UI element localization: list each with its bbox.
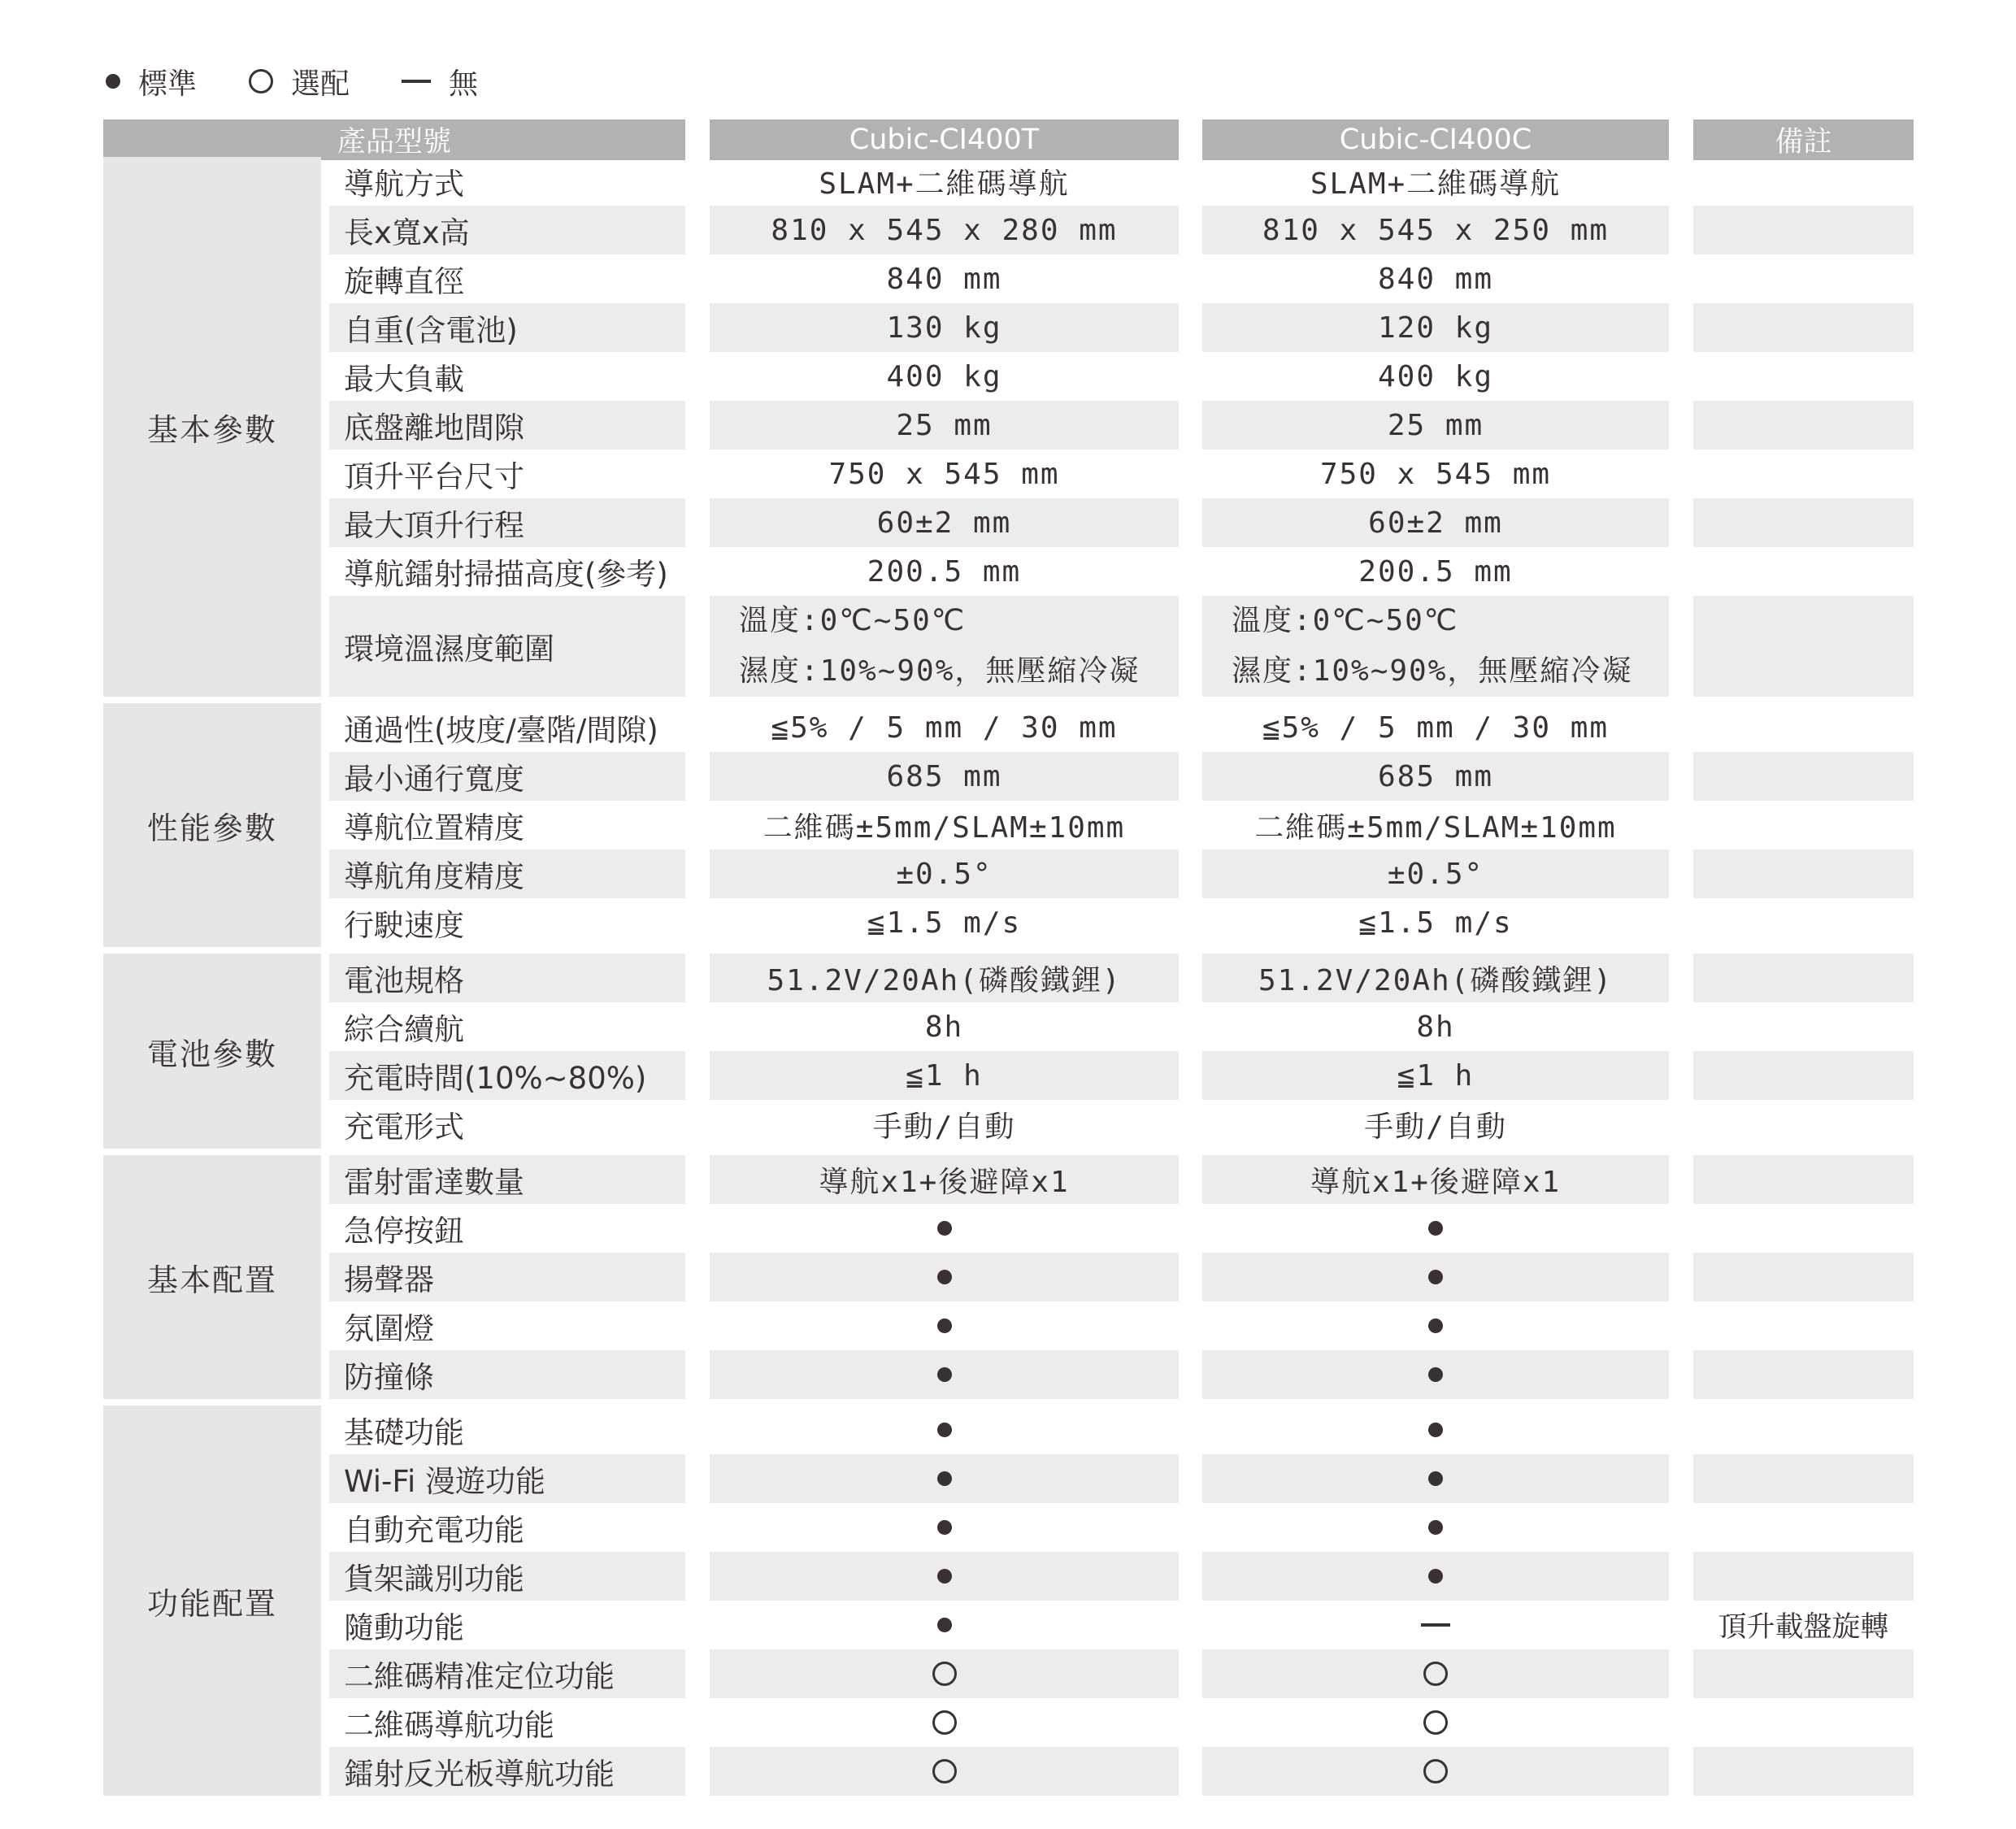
value-ci400c bbox=[1202, 1552, 1669, 1601]
row-remark bbox=[1693, 596, 1914, 697]
value-ci400c bbox=[1202, 1350, 1669, 1399]
section-group-label: 基本參數 bbox=[103, 157, 321, 697]
optional-circle-icon bbox=[932, 1662, 957, 1686]
row-remark bbox=[1693, 1301, 1914, 1350]
value-ci400c: 60±2 mm bbox=[1202, 498, 1669, 547]
row-remark bbox=[1693, 254, 1914, 303]
value-ci400t bbox=[710, 1405, 1179, 1454]
row-remark bbox=[1693, 1454, 1914, 1503]
table-row: 長x寬x高810 x 545 x 280 mm810 x 545 x 250 m… bbox=[329, 206, 1914, 254]
row-remark bbox=[1693, 401, 1914, 450]
optional-circle-icon bbox=[1423, 1710, 1448, 1735]
value-ci400t bbox=[710, 1301, 1179, 1350]
value-ci400t bbox=[710, 1698, 1179, 1747]
row-remark bbox=[1693, 801, 1914, 849]
value-ci400t: ≦1 h bbox=[710, 1051, 1179, 1100]
value-ci400c: 二維碼±5mm/SLAM±10mm bbox=[1202, 801, 1669, 849]
table-row: 急停按鈕 bbox=[329, 1204, 1914, 1253]
row-remark bbox=[1693, 206, 1914, 254]
row-label: 行駛速度 bbox=[329, 898, 685, 947]
spec-value-line: 濕度:10%~90%，無壓縮冷凝 bbox=[1232, 646, 1632, 697]
table-row: 導航方式SLAM+二維碼導航SLAM+二維碼導航 bbox=[329, 157, 1914, 206]
legend-item-standard: 標準 bbox=[106, 61, 197, 102]
value-ci400c bbox=[1202, 1601, 1669, 1649]
row-remark bbox=[1693, 1649, 1914, 1698]
value-ci400c: 溫度:0℃~50℃濕度:10%~90%，無壓縮冷凝 bbox=[1202, 596, 1669, 697]
table-row: 充電形式手動/自動手動/自動 bbox=[329, 1100, 1914, 1149]
row-remark bbox=[1693, 1204, 1914, 1253]
legend-label-optional: 選配 bbox=[291, 61, 350, 102]
standard-dot-icon bbox=[937, 1319, 952, 1333]
value-ci400c: SLAM+二維碼導航 bbox=[1202, 157, 1669, 206]
value-ci400c: 200.5 mm bbox=[1202, 547, 1669, 596]
row-remark bbox=[1693, 703, 1914, 752]
value-ci400c bbox=[1202, 1649, 1669, 1698]
spec-value-line: 溫度:0℃~50℃ bbox=[1232, 596, 1458, 646]
value-ci400t: ≦1.5 m/s bbox=[710, 898, 1179, 947]
table-row: 行駛速度≦1.5 m/s≦1.5 m/s bbox=[329, 898, 1914, 947]
row-remark bbox=[1693, 898, 1914, 947]
spec-sheet-page: { "legend": { "standard_symbol": "●", "s… bbox=[0, 0, 2016, 1829]
value-ci400t: 二維碼±5mm/SLAM±10mm bbox=[710, 801, 1179, 849]
value-ci400t: 685 mm bbox=[710, 752, 1179, 801]
section-group-label: 功能配置 bbox=[103, 1405, 321, 1796]
row-remark bbox=[1693, 498, 1914, 547]
legend-label-none: 無 bbox=[449, 61, 478, 102]
row-remark bbox=[1693, 954, 1914, 1002]
table-row: 基礎功能 bbox=[329, 1405, 1914, 1454]
row-remark: 頂升載盤旋轉 bbox=[1693, 1601, 1914, 1649]
standard-dot-icon bbox=[937, 1423, 952, 1437]
row-label: 基礎功能 bbox=[329, 1405, 685, 1454]
value-ci400t bbox=[710, 1747, 1179, 1796]
spec-section: 基本參數導航方式SLAM+二維碼導航SLAM+二維碼導航長x寬x高810 x 5… bbox=[103, 157, 1914, 697]
row-remark bbox=[1693, 547, 1914, 596]
spec-section: 性能參數通過性(坡度/臺階/間隙)≦5% / 5 mm / 30 mm≦5% /… bbox=[103, 703, 1914, 947]
table-row: 揚聲器 bbox=[329, 1253, 1914, 1301]
table-row: 環境溫濕度範圍溫度:0℃~50℃濕度:10%~90%，無壓縮冷凝溫度:0℃~50… bbox=[329, 596, 1914, 697]
row-remark bbox=[1693, 157, 1914, 206]
value-ci400c bbox=[1202, 1405, 1669, 1454]
value-ci400c bbox=[1202, 1698, 1669, 1747]
value-ci400t: 25 mm bbox=[710, 401, 1179, 450]
value-ci400t: 8h bbox=[710, 1002, 1179, 1051]
standard-dot-icon bbox=[1428, 1569, 1443, 1584]
table-row: 防撞條 bbox=[329, 1350, 1914, 1399]
value-ci400c: 400 kg bbox=[1202, 352, 1669, 401]
row-label: 貨架識別功能 bbox=[329, 1552, 685, 1601]
row-label: 旋轉直徑 bbox=[329, 254, 685, 303]
table-row: 最小通行寬度685 mm685 mm bbox=[329, 752, 1914, 801]
row-label: 二維碼精准定位功能 bbox=[329, 1649, 685, 1698]
value-ci400c bbox=[1202, 1204, 1669, 1253]
row-remark bbox=[1693, 1405, 1914, 1454]
row-label: 導航角度精度 bbox=[329, 849, 685, 898]
value-ci400c bbox=[1202, 1253, 1669, 1301]
standard-dot-icon bbox=[1428, 1367, 1443, 1382]
standard-dot-icon bbox=[937, 1270, 952, 1284]
value-ci400c: 手動/自動 bbox=[1202, 1100, 1669, 1149]
row-label: Wi-Fi 漫遊功能 bbox=[329, 1454, 685, 1503]
table-row: 雷射雷達數量導航x1+後避障x1導航x1+後避障x1 bbox=[329, 1155, 1914, 1204]
row-label: 通過性(坡度/臺階/間隙) bbox=[329, 703, 685, 752]
spec-table: 產品型號 Cubic-CI400T Cubic-CI400C 備註 基本參數導航… bbox=[103, 119, 1914, 1796]
row-label: 揚聲器 bbox=[329, 1253, 685, 1301]
table-row: 二維碼導航功能 bbox=[329, 1698, 1914, 1747]
row-label: 最小通行寬度 bbox=[329, 752, 685, 801]
table-row: 通過性(坡度/臺階/間隙)≦5% / 5 mm / 30 mm≦5% / 5 m… bbox=[329, 703, 1914, 752]
table-row: 頂升平台尺寸750 x 545 mm750 x 545 mm bbox=[329, 450, 1914, 498]
standard-dot-icon bbox=[1428, 1221, 1443, 1236]
table-row: 最大負載400 kg400 kg bbox=[329, 352, 1914, 401]
row-label: 自重(含電池) bbox=[329, 303, 685, 352]
row-label: 電池規格 bbox=[329, 954, 685, 1002]
value-ci400t bbox=[710, 1601, 1179, 1649]
optional-circle-icon bbox=[932, 1710, 957, 1735]
row-label: 導航位置精度 bbox=[329, 801, 685, 849]
value-ci400t: ≦5% / 5 mm / 30 mm bbox=[710, 703, 1179, 752]
value-ci400t bbox=[710, 1454, 1179, 1503]
row-remark bbox=[1693, 1100, 1914, 1149]
optional-circle-icon bbox=[249, 69, 273, 93]
value-ci400c bbox=[1202, 1747, 1669, 1796]
row-label: 充電時間(10%~80%) bbox=[329, 1051, 685, 1100]
row-label: 最大頂升行程 bbox=[329, 498, 685, 547]
header-cubic-ci400t: Cubic-CI400T bbox=[710, 119, 1179, 160]
none-dash-icon bbox=[1421, 1623, 1450, 1627]
row-label: 氛圍燈 bbox=[329, 1301, 685, 1350]
table-row: 鐳射反光板導航功能 bbox=[329, 1747, 1914, 1796]
row-remark bbox=[1693, 1002, 1914, 1051]
legend-item-none: 無 bbox=[402, 61, 478, 102]
row-label: 頂升平台尺寸 bbox=[329, 450, 685, 498]
row-label: 導航方式 bbox=[329, 157, 685, 206]
spec-value-line: 濕度:10%~90%，無壓縮冷凝 bbox=[739, 646, 1140, 697]
value-ci400t bbox=[710, 1204, 1179, 1253]
value-ci400c: 840 mm bbox=[1202, 254, 1669, 303]
table-row: Wi-Fi 漫遊功能 bbox=[329, 1454, 1914, 1503]
row-remark bbox=[1693, 849, 1914, 898]
standard-dot-icon bbox=[1428, 1270, 1443, 1284]
standard-dot-icon bbox=[937, 1471, 952, 1486]
optional-circle-icon bbox=[1423, 1759, 1448, 1783]
spec-value-line: 溫度:0℃~50℃ bbox=[739, 596, 966, 646]
table-row: 充電時間(10%~80%)≦1 h≦1 h bbox=[329, 1051, 1914, 1100]
row-label: 隨動功能 bbox=[329, 1601, 685, 1649]
value-ci400t: 130 kg bbox=[710, 303, 1179, 352]
table-row: 貨架識別功能 bbox=[329, 1552, 1914, 1601]
value-ci400t: 400 kg bbox=[710, 352, 1179, 401]
value-ci400t bbox=[710, 1350, 1179, 1399]
table-row: 綜合續航8h8h bbox=[329, 1002, 1914, 1051]
row-remark bbox=[1693, 1051, 1914, 1100]
section-rows: 基礎功能Wi-Fi 漫遊功能自動充電功能貨架識別功能隨動功能頂升載盤旋轉二維碼精… bbox=[329, 1405, 1914, 1796]
table-row: 最大頂升行程60±2 mm60±2 mm bbox=[329, 498, 1914, 547]
row-label: 充電形式 bbox=[329, 1100, 685, 1149]
value-ci400t bbox=[710, 1253, 1179, 1301]
table-row: 底盤離地間隙25 mm25 mm bbox=[329, 401, 1914, 450]
value-ci400t: 750 x 545 mm bbox=[710, 450, 1179, 498]
row-remark bbox=[1693, 1552, 1914, 1601]
standard-dot-icon bbox=[937, 1221, 952, 1236]
standard-dot-icon bbox=[1428, 1423, 1443, 1437]
standard-dot-icon bbox=[937, 1618, 952, 1632]
row-label: 環境溫濕度範圍 bbox=[329, 596, 685, 697]
section-rows: 雷射雷達數量導航x1+後避障x1導航x1+後避障x1急停按鈕揚聲器氛圍燈防撞條 bbox=[329, 1155, 1914, 1399]
value-ci400c: 750 x 545 mm bbox=[1202, 450, 1669, 498]
row-label: 防撞條 bbox=[329, 1350, 685, 1399]
value-ci400c bbox=[1202, 1301, 1669, 1350]
row-remark bbox=[1693, 1350, 1914, 1399]
row-remark bbox=[1693, 1698, 1914, 1747]
value-ci400c bbox=[1202, 1503, 1669, 1552]
header-remark: 備註 bbox=[1693, 119, 1914, 160]
value-ci400t: 810 x 545 x 280 mm bbox=[710, 206, 1179, 254]
standard-dot-icon bbox=[1428, 1520, 1443, 1535]
row-remark bbox=[1693, 1747, 1914, 1796]
row-remark bbox=[1693, 752, 1914, 801]
value-ci400c: 51.2V/20Ah(磷酸鐵鋰) bbox=[1202, 954, 1669, 1002]
table-row: 導航角度精度±0.5°±0.5° bbox=[329, 849, 1914, 898]
standard-dot-icon bbox=[1428, 1471, 1443, 1486]
row-remark bbox=[1693, 450, 1914, 498]
none-dash-icon bbox=[402, 80, 431, 83]
row-label: 自動充電功能 bbox=[329, 1503, 685, 1552]
value-ci400c: 導航x1+後避障x1 bbox=[1202, 1155, 1669, 1204]
row-remark bbox=[1693, 1155, 1914, 1204]
spec-section: 基本配置雷射雷達數量導航x1+後避障x1導航x1+後避障x1急停按鈕揚聲器氛圍燈… bbox=[103, 1155, 1914, 1399]
table-row: 氛圍燈 bbox=[329, 1301, 1914, 1350]
table-row: 導航鐳射掃描高度(參考)200.5 mm200.5 mm bbox=[329, 547, 1914, 596]
value-ci400c bbox=[1202, 1454, 1669, 1503]
section-group-label: 基本配置 bbox=[103, 1155, 321, 1399]
value-ci400c: 8h bbox=[1202, 1002, 1669, 1051]
legend-item-optional: 選配 bbox=[249, 61, 350, 102]
value-ci400t bbox=[710, 1552, 1179, 1601]
section-group-label: 電池參數 bbox=[103, 954, 321, 1149]
standard-dot-icon bbox=[106, 74, 120, 89]
standard-dot-icon bbox=[937, 1367, 952, 1382]
value-ci400t bbox=[710, 1503, 1179, 1552]
table-row: 旋轉直徑840 mm840 mm bbox=[329, 254, 1914, 303]
row-label: 最大負載 bbox=[329, 352, 685, 401]
row-label: 底盤離地間隙 bbox=[329, 401, 685, 450]
row-label: 雷射雷達數量 bbox=[329, 1155, 685, 1204]
value-ci400t: 60±2 mm bbox=[710, 498, 1179, 547]
value-ci400c: 810 x 545 x 250 mm bbox=[1202, 206, 1669, 254]
value-ci400t: ±0.5° bbox=[710, 849, 1179, 898]
header-product-model: 產品型號 bbox=[103, 119, 685, 160]
standard-dot-icon bbox=[1428, 1319, 1443, 1333]
table-body: 基本參數導航方式SLAM+二維碼導航SLAM+二維碼導航長x寬x高810 x 5… bbox=[103, 157, 1914, 1796]
row-label: 急停按鈕 bbox=[329, 1204, 685, 1253]
value-ci400c: ≦1 h bbox=[1202, 1051, 1669, 1100]
section-rows: 電池規格51.2V/20Ah(磷酸鐵鋰)51.2V/20Ah(磷酸鐵鋰)綜合續航… bbox=[329, 954, 1914, 1149]
spec-section: 電池參數電池規格51.2V/20Ah(磷酸鐵鋰)51.2V/20Ah(磷酸鐵鋰)… bbox=[103, 954, 1914, 1149]
row-label: 二維碼導航功能 bbox=[329, 1698, 685, 1747]
table-row: 隨動功能頂升載盤旋轉 bbox=[329, 1601, 1914, 1649]
table-row: 導航位置精度二維碼±5mm/SLAM±10mm二維碼±5mm/SLAM±10mm bbox=[329, 801, 1914, 849]
row-remark bbox=[1693, 1503, 1914, 1552]
standard-dot-icon bbox=[937, 1569, 952, 1584]
table-row: 二維碼精准定位功能 bbox=[329, 1649, 1914, 1698]
value-ci400c: ≦5% / 5 mm / 30 mm bbox=[1202, 703, 1669, 752]
header-cubic-ci400c: Cubic-CI400C bbox=[1202, 119, 1669, 160]
table-row: 自動充電功能 bbox=[329, 1503, 1914, 1552]
value-ci400t: 200.5 mm bbox=[710, 547, 1179, 596]
value-ci400t: 溫度:0℃~50℃濕度:10%~90%，無壓縮冷凝 bbox=[710, 596, 1179, 697]
row-label: 導航鐳射掃描高度(參考) bbox=[329, 547, 685, 596]
legend-label-standard: 標準 bbox=[138, 61, 197, 102]
row-remark bbox=[1693, 352, 1914, 401]
spec-section: 功能配置基礎功能Wi-Fi 漫遊功能自動充電功能貨架識別功能隨動功能頂升載盤旋轉… bbox=[103, 1405, 1914, 1796]
standard-dot-icon bbox=[937, 1520, 952, 1535]
value-ci400c: 120 kg bbox=[1202, 303, 1669, 352]
table-row: 自重(含電池)130 kg120 kg bbox=[329, 303, 1914, 352]
table-header-row: 產品型號 Cubic-CI400T Cubic-CI400C 備註 bbox=[103, 119, 1914, 157]
value-ci400c: ≦1.5 m/s bbox=[1202, 898, 1669, 947]
value-ci400c: 685 mm bbox=[1202, 752, 1669, 801]
value-ci400t: SLAM+二維碼導航 bbox=[710, 157, 1179, 206]
row-label: 長x寬x高 bbox=[329, 206, 685, 254]
value-ci400t bbox=[710, 1649, 1179, 1698]
section-rows: 導航方式SLAM+二維碼導航SLAM+二維碼導航長x寬x高810 x 545 x… bbox=[329, 157, 1914, 697]
value-ci400t: 導航x1+後避障x1 bbox=[710, 1155, 1179, 1204]
section-group-label: 性能參數 bbox=[103, 703, 321, 947]
row-remark bbox=[1693, 1253, 1914, 1301]
section-rows: 通過性(坡度/臺階/間隙)≦5% / 5 mm / 30 mm≦5% / 5 m… bbox=[329, 703, 1914, 947]
optional-circle-icon bbox=[932, 1759, 957, 1783]
row-remark bbox=[1693, 303, 1914, 352]
row-label: 綜合續航 bbox=[329, 1002, 685, 1051]
optional-circle-icon bbox=[1423, 1662, 1448, 1686]
row-label: 鐳射反光板導航功能 bbox=[329, 1747, 685, 1796]
value-ci400c: ±0.5° bbox=[1202, 849, 1669, 898]
value-ci400c: 25 mm bbox=[1202, 401, 1669, 450]
value-ci400t: 手動/自動 bbox=[710, 1100, 1179, 1149]
legend: 標準 選配 無 bbox=[106, 60, 530, 102]
value-ci400t: 51.2V/20Ah(磷酸鐵鋰) bbox=[710, 954, 1179, 1002]
table-row: 電池規格51.2V/20Ah(磷酸鐵鋰)51.2V/20Ah(磷酸鐵鋰) bbox=[329, 954, 1914, 1002]
value-ci400t: 840 mm bbox=[710, 254, 1179, 303]
